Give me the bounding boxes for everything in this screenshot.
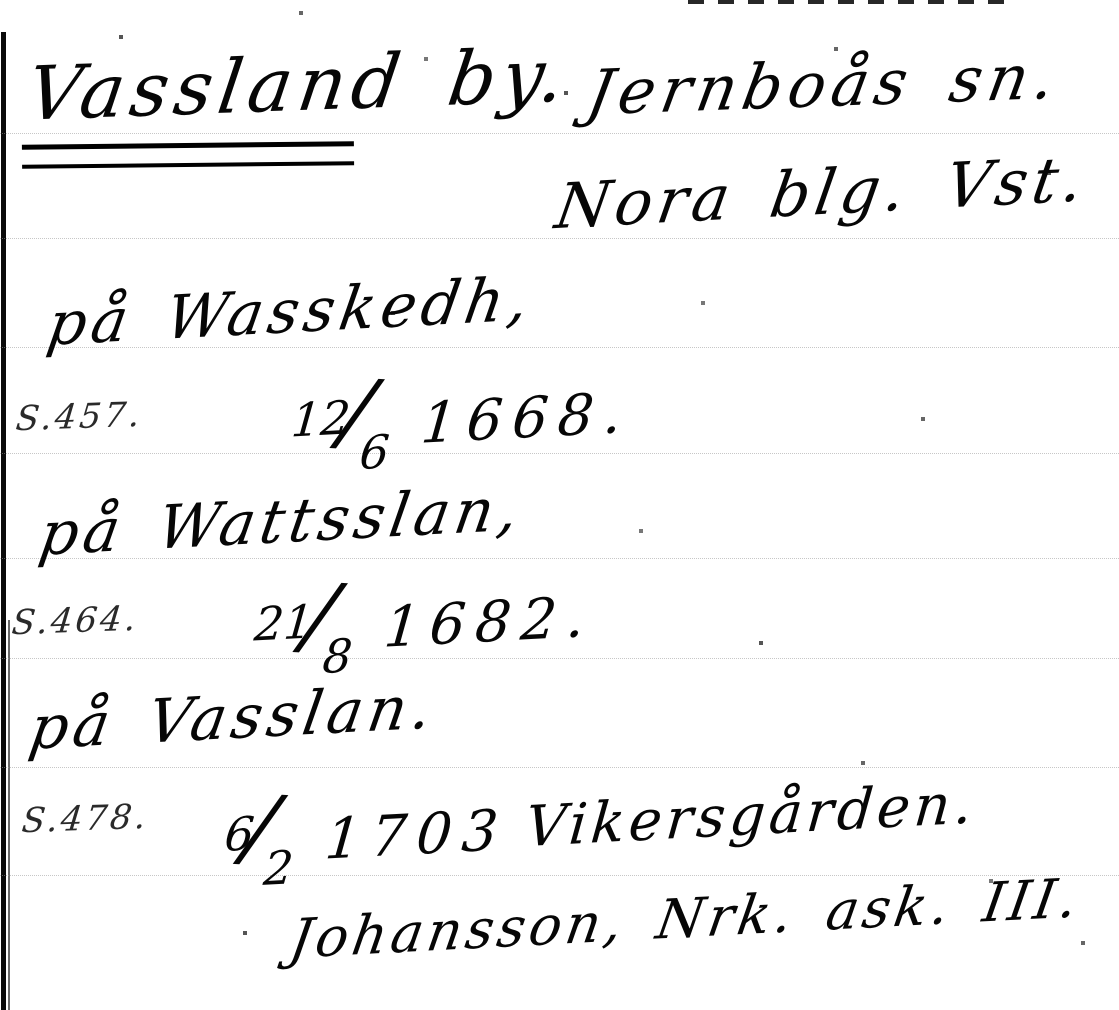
date-year: 1703 [323, 803, 510, 869]
date-year: 1682. [382, 589, 597, 656]
scan-noise-dash [688, 0, 1010, 4]
entry-page-ref: S.457. [14, 398, 144, 437]
entry-date: 6/2 1703 Vikersgården. [222, 752, 980, 864]
entry-page-ref: S.478. [20, 800, 150, 839]
entry-place: på Wattsslan, [36, 479, 528, 565]
entry-date: 21/8 1682. [252, 562, 617, 653]
date-month: 8 [321, 628, 355, 684]
scan-noise-speckles [0, 0, 2, 2]
source-citation: Johansson, Nrk. ask. III. [286, 871, 1085, 967]
district-name: Nora blg. Vst. [551, 148, 1092, 238]
title-double-underline [22, 141, 354, 168]
entry-date: 12/6 1668. [289, 358, 654, 449]
ruled-line [0, 453, 1119, 454]
entry-note: Vikersgården. [523, 776, 978, 856]
date-month: 2 [262, 840, 296, 896]
entry-page-ref: S.464. [10, 602, 140, 641]
page-title: Vassland by. [23, 38, 575, 131]
archive-card: Vassland by. Jernboås sn. Nora blg. Vst.… [0, 0, 1119, 1010]
scan-left-border-thin [8, 620, 10, 1010]
entry-place: på Vasslan. [25, 677, 440, 759]
date-year: 1668. [419, 385, 634, 452]
date-fraction: 21/8 [252, 576, 359, 654]
date-fraction: 12/6 [289, 372, 396, 450]
ruled-line [0, 658, 1119, 659]
date-fraction: 6/2 [222, 788, 300, 864]
entry-place: på Wasskedh, [44, 269, 538, 355]
parish-name: Jernboås sn. [583, 46, 1066, 125]
scan-left-border [1, 32, 6, 1010]
date-month: 6 [358, 424, 392, 480]
ruled-line [0, 133, 1119, 134]
